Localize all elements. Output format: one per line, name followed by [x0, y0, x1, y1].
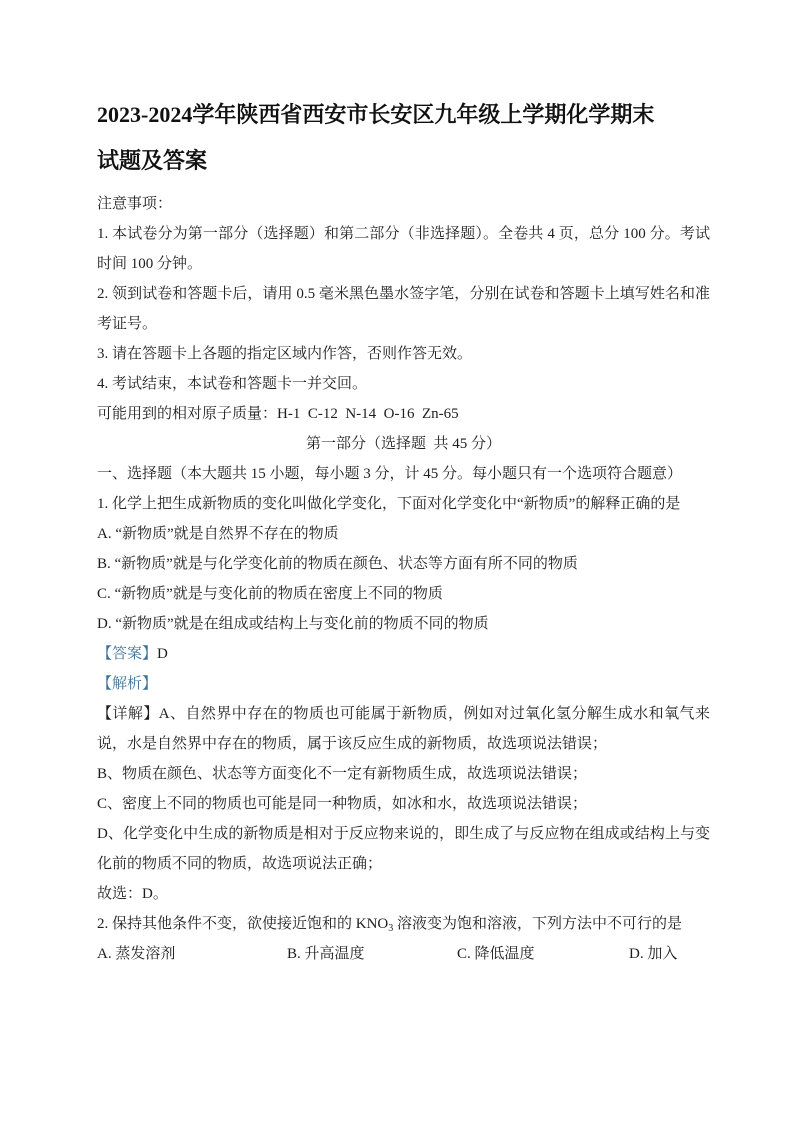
question-1-explanation-b: B、物质在颜色、状态等方面变化不一定有新物质生成，故选项说法错误； [97, 759, 710, 789]
document-title: 2023-2024学年陕西省西安市长安区九年级上学期化学期末试题及答案 [97, 92, 710, 184]
answer-label: 【答案】 [97, 646, 157, 662]
notes-heading: 注意事项： [97, 189, 710, 219]
question-2-option-a: A. 蒸发溶剂 [97, 939, 287, 969]
question-1-explanation-c: C、密度上不同的物质也可能是同一种物质，如冰和水，故选项说法错误； [97, 789, 710, 819]
section1-heading: 一、选择题（本大题共 15 小题，每小题 3 分，计 45 分。每小题只有一个选… [97, 459, 710, 489]
answer-value: D [157, 646, 168, 662]
question-1-conclusion: 故选：D。 [97, 879, 710, 909]
question-2-options-row: A. 蒸发溶剂 B. 升高温度 C. 降低温度 D. 加入 [97, 939, 710, 969]
question-2-option-d: D. 加入 [629, 939, 710, 969]
question-2-stem: 2. 保持其他条件不变，欲使接近饱和的 KNO3 溶液变为饱和溶液，下列方法中不… [97, 909, 710, 939]
part1-heading: 第一部分（选择题 共 45 分） [97, 429, 710, 459]
atomic-masses-line: 可能用到的相对原子质量：H-1 C-12 N-14 O-16 Zn-65 [97, 399, 710, 429]
note-item-3: 3. 请在答题卡上各题的指定区域内作答，否则作答无效。 [97, 339, 710, 369]
analysis-label: 【解析】 [97, 676, 157, 692]
question-1-explanation-d: D、化学变化中生成的新物质是相对于反应物来说的，即生成了与反应物在组成或结构上与… [97, 819, 710, 879]
question-2-option-b: B. 升高温度 [287, 939, 457, 969]
question-2-stem-suffix: 溶液变为饱和溶液，下列方法中不可行的是 [393, 916, 682, 932]
document-page: 2023-2024学年陕西省西安市长安区九年级上学期化学期末试题及答案 注意事项… [0, 0, 793, 1122]
question-1-stem: 1. 化学上把生成新物质的变化叫做化学变化，下面对化学变化中“新物质”的解释正确… [97, 489, 710, 519]
question-1-option-b: B. “新物质”就是与化学变化前的物质在颜色、状态等方面有所不同的物质 [97, 549, 710, 579]
question-1-explanation-a: 【详解】A、自然界中存在的物质也可能属于新物质，例如对过氧化氢分解生成水和氧气来… [97, 699, 710, 759]
question-1-option-a: A. “新物质”就是自然界不存在的物质 [97, 519, 710, 549]
document-title-line-1: 2023-2024学年陕西省西安市长安区九年级上学期化学期末 [97, 102, 654, 127]
document-content: 2023-2024学年陕西省西安市长安区九年级上学期化学期末试题及答案 注意事项… [97, 92, 710, 969]
note-item-2: 2. 领到试卷和答题卡后，请用 0.5 毫米黑色墨水签字笔，分别在试卷和答题卡上… [97, 279, 710, 339]
question-1-option-c: C. “新物质”就是与变化前的物质在密度上不同的物质 [97, 579, 710, 609]
question-1-option-d: D. “新物质”就是在组成或结构上与变化前的物质不同的物质 [97, 609, 710, 639]
note-item-4: 4. 考试结束，本试卷和答题卡一并交回。 [97, 369, 710, 399]
document-title-line-2: 试题及答案 [97, 148, 207, 173]
note-item-1: 1. 本试卷分为第一部分（选择题）和第二部分（非选择题）。全卷共 4 页，总分 … [97, 219, 710, 279]
question-2-option-c: C. 降低温度 [457, 939, 629, 969]
question-1-analysis-line: 【解析】 [97, 669, 710, 699]
question-1-answer-line: 【答案】D [97, 639, 710, 669]
question-2-stem-text: 2. 保持其他条件不变，欲使接近饱和的 KNO [97, 916, 388, 932]
